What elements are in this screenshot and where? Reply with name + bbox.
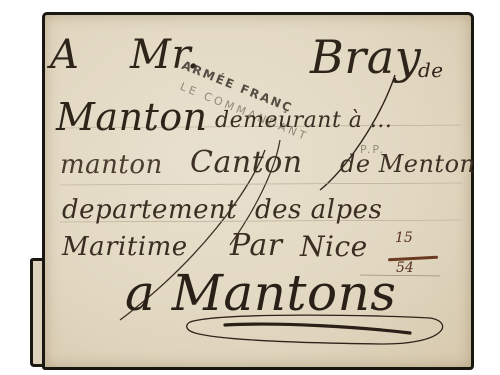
- address-line5-main: Maritime: [62, 232, 188, 262]
- address-line4-end: des alpes: [255, 195, 382, 225]
- address-line6-main: a Mantons: [125, 264, 396, 322]
- address-line2-rest: demeurant à ...: [215, 108, 392, 133]
- address-line5-middle: Par: [230, 228, 283, 263]
- address-line4-main: departement: [62, 195, 237, 225]
- address-name: Bray: [310, 30, 421, 84]
- rate-marking-bottom: 54: [396, 260, 414, 276]
- address-line3-end: de Menton: [340, 150, 475, 178]
- address-line3-middle: Canton: [190, 145, 303, 180]
- address-prefix: A: [50, 32, 79, 78]
- address-name-suffix: de: [418, 58, 444, 82]
- address-title: Mr.: [130, 32, 200, 78]
- address-line3-main: manton: [60, 150, 163, 180]
- rate-marking-top: 15: [395, 230, 413, 246]
- address-line2-main: Manton: [56, 95, 208, 139]
- address-line5-end: Nice: [300, 230, 368, 263]
